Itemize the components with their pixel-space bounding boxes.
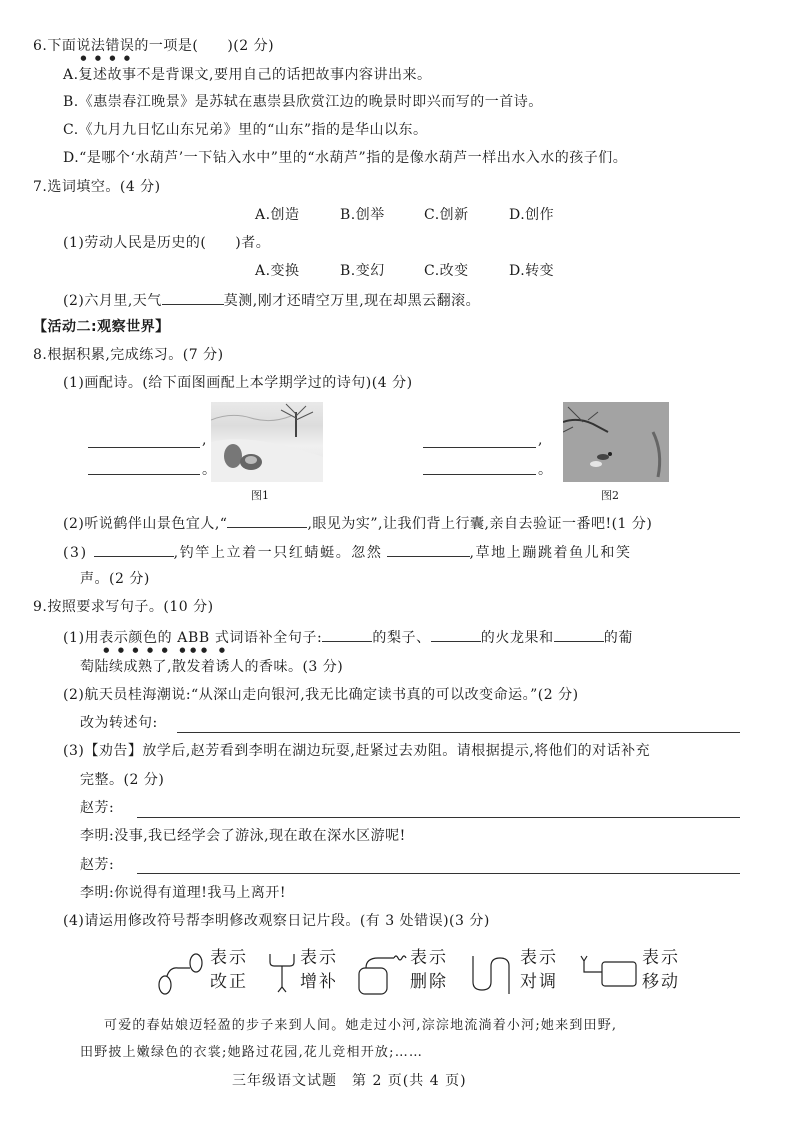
q9-item-1-cont: 萄陆续成熟了,散发着诱人的香味。(3 分)	[80, 658, 343, 676]
deletion-mark-icon	[356, 950, 408, 998]
dialogue-line-4: 李明:你说得有道理!我马上离开!	[80, 884, 286, 902]
symbol-label-correct: 表示 改正	[210, 946, 248, 994]
q7-item2-blank[interactable]	[162, 290, 224, 305]
figure-2-image	[563, 402, 669, 482]
q8-item-1: (1)画配诗。(给下面图画配上本学期学过的诗句)(4 分)	[63, 374, 413, 392]
section-title: 【活动二:观察世界】	[33, 318, 170, 336]
dialogue-speaker-2: 李明:	[80, 828, 114, 844]
q7-choice-2b: B.变幻	[340, 262, 424, 280]
q7-stem: 7.选词填空。(4 分)	[33, 178, 161, 196]
symbol-label-line2: 删除	[410, 970, 448, 994]
q9-stem: 9.按照要求写句子。(10 分)	[33, 598, 214, 616]
poem1-blank-2[interactable]	[88, 474, 200, 475]
figure-1-image	[211, 402, 323, 482]
q6-option-c: C.《九月九日忆山东兄弟》里的“山东”指的是华山以东。	[63, 121, 427, 139]
q7-choice-2a: A.变换	[255, 262, 340, 280]
q9-item-2-label: 改为转述句:	[80, 714, 158, 732]
poem2-blank-2[interactable]	[423, 474, 536, 475]
dialogue-answer-line-3[interactable]	[137, 873, 740, 874]
symbol-label-delete: 表示 删除	[410, 946, 448, 994]
q9-item-1: (1)用表示颜色的 ABB 式词语补全句子:的梨子、的火龙果和的葡	[63, 627, 633, 654]
dialogue-text-4: 你说得有道理!我马上离开!	[114, 885, 286, 901]
poem2-comma: ,	[538, 431, 543, 449]
q7-choice-1d: D.创作	[509, 207, 554, 223]
symbol-label-move: 表示 移动	[642, 946, 680, 994]
q7-choices-2: A.变换B.变幻C.改变D.转变	[255, 262, 554, 280]
q7-choice-1a: A.创造	[255, 206, 340, 224]
ducks-pond-scene-icon	[563, 402, 669, 482]
q9-item1-blank-2[interactable]	[431, 627, 481, 642]
q8-item3-mid: ,钓竿上立着一只红蜻蜓。忽然	[174, 545, 383, 561]
dialogue-text-2: 没事,我已经学会了游泳,现在敢在深水区游呢!	[114, 828, 406, 844]
q9-item2-answer-line[interactable]	[177, 732, 740, 733]
symbol-label-insert: 表示 增补	[300, 946, 338, 994]
q7-item2-prefix: (2)六月里,天气	[63, 293, 162, 309]
dialogue-speaker-4: 李明:	[80, 885, 114, 901]
symbol-label-line2: 移动	[642, 970, 680, 994]
dialogue-answer-line-1[interactable]	[137, 817, 740, 818]
q9-item1-emphasis: 表示颜色的 ABB 式	[99, 630, 229, 646]
q7-choice-1c: C.创新	[424, 206, 509, 224]
q6-stem-prefix: 6.下面	[33, 38, 76, 54]
symbol-label-line2: 对调	[520, 970, 558, 994]
symbol-label-line2: 改正	[210, 970, 248, 994]
poem1-comma: ,	[202, 431, 207, 449]
symbol-label-line1: 表示	[520, 946, 558, 970]
q7-choice-2d: D.转变	[509, 263, 554, 279]
poem1-blank-1[interactable]	[88, 447, 200, 448]
symbol-label-line1: 表示	[410, 946, 448, 970]
symbol-label-line2: 增补	[300, 970, 338, 994]
q8-item3-blank-2[interactable]	[387, 542, 470, 557]
move-mark-icon	[578, 952, 640, 992]
q8-item3-prefix: (3)	[63, 545, 88, 561]
poem2-period: 。	[538, 461, 553, 479]
q9-item-3: (3)【劝告】放学后,赵芳看到李明在湖边玩耍,赶紧过去劝阻。请根据提示,将他们的…	[63, 742, 650, 760]
q8-item-3: (3),钓竿上立着一只红蜻蜓。忽然,草地上蹦跳着鱼儿和笑	[63, 542, 632, 562]
q6-option-a: A.复述故事不是背课文,要用自己的话把故事内容讲出来。	[63, 66, 432, 84]
q8-item2-suffix: ,眼见为实”,让我们背上行囊,亲自去验证一番吧!(1 分)	[307, 516, 652, 532]
q8-item-3-cont: 声。(2 分)	[80, 570, 150, 588]
q9-item1-part3: 的葡	[604, 630, 633, 646]
figure-1-caption: 图1	[240, 487, 280, 503]
q7-choice-2c: C.改变	[424, 262, 509, 280]
correction-mark-icon	[156, 950, 206, 1000]
page-footer: 三年级语文试题 第 2 页(共 4 页)	[232, 1072, 467, 1090]
q9-item1-blank-1[interactable]	[322, 627, 372, 642]
q6-stem-emphasis: 说法错误	[76, 38, 134, 54]
insertion-mark-icon	[268, 952, 298, 996]
q7-item2-suffix: 莫测,刚才还晴空万里,现在却黑云翻滚。	[224, 293, 480, 309]
q7-item-2: (2)六月里,天气莫测,刚才还晴空万里,现在却黑云翻滚。	[63, 290, 480, 310]
q8-item2-prefix: (2)听说鹤伴山景色宜人,“	[63, 516, 227, 532]
ducks-snow-scene-icon	[211, 402, 323, 482]
q6-option-d: D.“是哪个‘水葫芦’一下钻入水中”里的“水葫芦”指的是像水葫芦一样出水入水的孩…	[63, 149, 627, 167]
symbol-label-line1: 表示	[642, 946, 680, 970]
q7-choice-1b: B.创举	[340, 206, 424, 224]
symbol-label-line1: 表示	[300, 946, 338, 970]
dialogue-speaker-3: 赵芳:	[80, 856, 114, 874]
q9-item1-part1: 的梨子、	[372, 630, 430, 646]
swap-mark-icon	[470, 952, 516, 996]
q9-item-3-cont: 完整。(2 分)	[80, 771, 164, 789]
q9-item1-part2: 的火龙果和	[481, 630, 554, 646]
q6-stem-suffix: 的一项是( )(2 分)	[134, 38, 274, 54]
q7-choices-1: A.创造B.创举C.创新D.创作	[255, 206, 554, 224]
q9-item-4: (4)请运用修改符号帮李明修改观察日记片段。(有 3 处错误)(3 分)	[63, 912, 490, 930]
q8-stem: 8.根据积累,完成练习。(7 分)	[33, 346, 224, 364]
q6-option-b: B.《惠崇春江晚景》是苏轼在惠崇县欣赏江边的晚景时即兴而写的一首诗。	[63, 93, 543, 111]
q8-item3-blank-1[interactable]	[94, 542, 174, 557]
symbol-label-line1: 表示	[210, 946, 248, 970]
q8-item-2: (2)听说鹤伴山景色宜人,“,眼见为实”,让我们背上行囊,亲自去验证一番吧!(1…	[63, 513, 652, 533]
dialogue-speaker-1: 赵芳:	[80, 799, 114, 817]
q8-item2-blank[interactable]	[227, 513, 307, 528]
poem2-blank-1[interactable]	[423, 447, 536, 448]
q6-stem: 6.下面说法错误的一项是( )(2 分)	[33, 37, 274, 62]
dialogue-line-2: 李明:没事,我已经学会了游泳,现在敢在深水区游呢!	[80, 827, 406, 845]
diary-passage-line-1: 可爱的春姑娘迈轻盈的步子来到人间。她走过小河,淙淙地流淌着小河;她来到田野,	[104, 1017, 617, 1035]
figure-2-caption: 图2	[590, 487, 630, 503]
q8-item3-suffix: ,草地上蹦跳着鱼儿和笑	[470, 545, 632, 561]
q7-item-1: (1)劳动人民是历史的( )者。	[63, 234, 270, 252]
q9-item-2: (2)航天员桂海潮说:“从深山走向银河,我无比确定读书真的可以改变命运。”(2 …	[63, 686, 579, 704]
q9-item1-blank-3[interactable]	[554, 627, 604, 642]
diary-passage-line-2: 田野披上嫩绿色的衣裳;她路过花园,花儿竞相开放;……	[80, 1044, 423, 1062]
q9-item1-mid: 词语补全句子:	[229, 630, 322, 646]
symbol-label-swap: 表示 对调	[520, 946, 558, 994]
q9-item1-prefix: (1)用	[63, 630, 99, 646]
